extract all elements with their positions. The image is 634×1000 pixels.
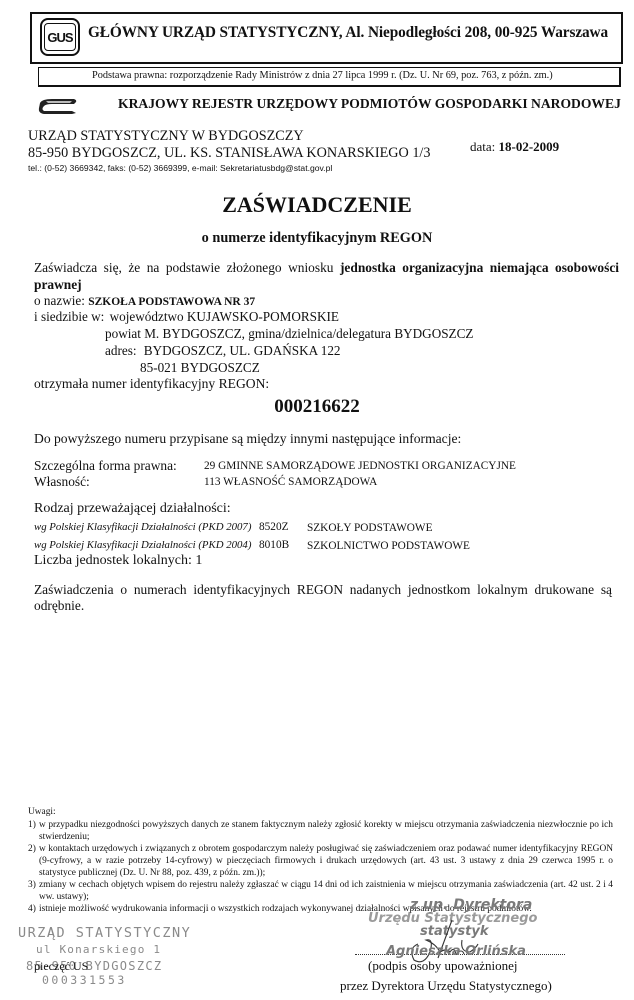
seal-label: pieczęć US <box>34 959 88 974</box>
document-title: ZAŚWIADCZENIE <box>0 192 634 218</box>
local-units-value: 1 <box>195 553 202 568</box>
county: powiat M. BYDGOSZCZ, gmina/dzielnica/del… <box>105 326 473 342</box>
ownership-value: 113 WŁASNOŚĆ SAMORZĄDOWA <box>204 476 377 488</box>
intro-paragraph: Zaświadcza się, że na podstawie złożoneg… <box>34 259 619 293</box>
pkd2007-code: 8520Z <box>259 521 289 533</box>
entity-name: SZKOŁA PODSTAWOWA NR 37 <box>88 296 255 308</box>
svg-text:KRUPGN: KRUPGN <box>51 106 78 112</box>
ownership-label: Własność: <box>34 474 90 490</box>
assigned-info-text: Do powyższego numeru przypisane są międz… <box>34 431 461 447</box>
gus-logo: GUS <box>40 18 80 56</box>
seat-row: i siedzibie w: województwo KUJAWSKO-POMO… <box>34 309 339 325</box>
address-line2: 85-021 BYDGOSZCZ <box>140 360 260 376</box>
seat-label: i siedzibie w: <box>34 309 104 324</box>
pkd2004-description: SZKOLNICTWO PODSTAWOWE <box>307 540 470 552</box>
activity-heading: Rodzaj przeważającej działalności: <box>34 501 231 517</box>
register-logo-icon: KRUPGN <box>38 97 78 115</box>
address-label: adres: <box>105 343 137 358</box>
name-label: o nazwie: <box>34 293 85 308</box>
pkd2007-description: SZKOŁY PODSTAWOWE <box>307 522 432 534</box>
received-text: otrzymała numer identyfikacyjny REGON: <box>34 376 269 392</box>
pkd2004-code: 8010B <box>259 539 289 551</box>
address-row: adres: BYDGOSZCZ, UL. GDAŃSKA 122 <box>105 343 341 359</box>
pkd2004-classification: wg Polskiej Klasyfikacji Działalności (P… <box>34 539 251 551</box>
entity-name-row: o nazwie: SZKOŁA PODSTAWOWA NR 37 <box>34 293 255 309</box>
signature-caption-line2: przez Dyrektora Urzędu Statystycznego) <box>340 978 552 994</box>
pkd2007-classification: wg Polskiej Klasyfikacji Działalności (P… <box>34 521 251 533</box>
register-title: KRAJOWY REJESTR URZĘDOWY PODMIOTÓW GOSPO… <box>118 96 621 112</box>
office-stamp: URZĄD STATYSTYCZNY ul Konarskiego 1 85-9… <box>18 925 191 987</box>
issue-date: data: 18-02-2009 <box>470 139 559 155</box>
local-units-note: Zaświadczenia o numerach identyfikacyjny… <box>34 582 612 614</box>
issuer-name: URZĄD STATYSTYCZNY W BYDGOSZCZY <box>28 128 304 145</box>
local-units-label: Liczba jednostek lokalnych: <box>34 553 192 568</box>
local-units-row: Liczba jednostek lokalnych: 1 <box>34 553 202 569</box>
issuer-address: 85-950 BYDGOSZCZ, UL. KS. STANISŁAWA KON… <box>28 145 430 162</box>
voivodeship: województwo KUJAWSKO-POMORSKIE <box>110 309 339 324</box>
signer-name-stamp: Agnieszka Orlińska <box>386 944 526 959</box>
agency-title: GŁÓWNY URZĄD STATYSTYCZNY, Al. Niepodleg… <box>88 24 608 42</box>
intro-text: Zaświadcza się, że na podstawie złożoneg… <box>34 260 333 275</box>
notes-heading: Uwagi: <box>28 806 613 818</box>
date-value: 18-02-2009 <box>499 139 560 154</box>
note-item: 2) w kontaktach urzędowych i związanych … <box>28 843 613 879</box>
regon-number: 000216622 <box>0 396 634 418</box>
issuer-contact: tel.: (0-52) 3669342, faks: (0-52) 36693… <box>28 163 332 173</box>
document-subtitle: o numerze identyfikacyjnym REGON <box>0 230 634 247</box>
date-label: data: <box>470 139 495 154</box>
note-item: 1) w przypadku niezgodności powyższych d… <box>28 819 613 843</box>
gus-logo-text: GUS <box>44 23 76 51</box>
signature-caption-line1: (podpis osoby upoważnionej <box>368 958 517 974</box>
legal-basis: Podstawa prawna: rozporządzenie Rady Min… <box>92 70 553 81</box>
address-line1: BYDGOSZCZ, UL. GDAŃSKA 122 <box>144 343 341 358</box>
legal-form-value: 29 GMINNE SAMORZĄDOWE JEDNOSTKI ORGANIZA… <box>204 460 516 472</box>
legal-form-label: Szczególna forma prawna: <box>34 458 177 474</box>
